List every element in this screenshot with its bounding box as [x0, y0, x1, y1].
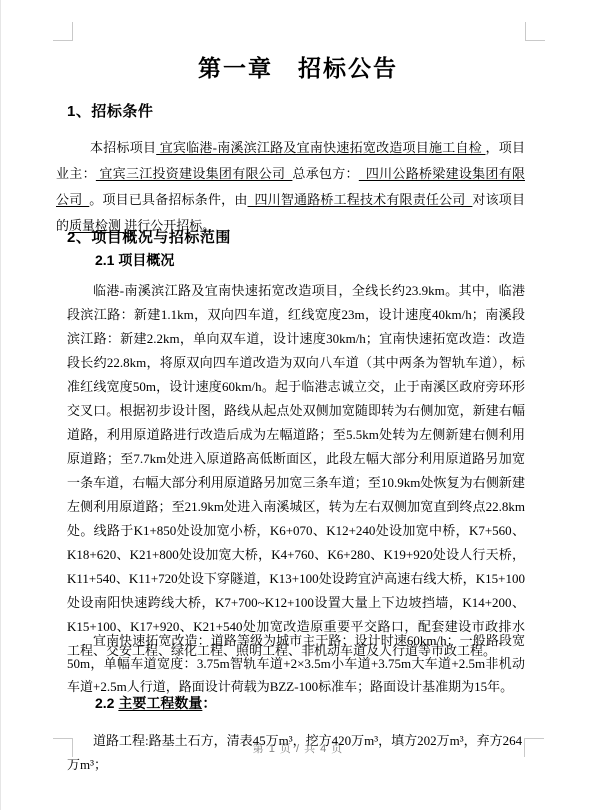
heading-colon: ：: [202, 695, 216, 711]
project-overview-paragraph: 临港-南溪滨江路及宜南快速拓宽改造项目，全线长约23.9km。其中，临港段滨江路…: [67, 279, 525, 663]
tendering-agency-underlined: 四川智通路桥工程技术有限责任公司: [248, 192, 473, 207]
chapter-title: 第一章 招标公告: [0, 50, 596, 83]
project-name-underlined: 宜宾临港-南溪滨江路及宜南快速拓宽改造项目施工自检: [156, 140, 485, 155]
text-boundary-mark-top-left: [53, 22, 73, 41]
tender-conditions-paragraph: 本招标项目 宜宾临港-南溪滨江路及宜南快速拓宽改造项目施工自检 ，项目业主： 宜…: [56, 135, 525, 239]
section2-1-heading: 2.1 项目概况: [95, 250, 174, 270]
section2-heading: 2、项目概况与招标范围: [67, 226, 231, 247]
yinan-expressway-paragraph: 宜南快速拓宽改造：道路等级为城市主干路：设计时速60km/h；一般路段宽50m，…: [67, 629, 525, 698]
section2-2-heading: 2.2 主要工程数量：: [95, 693, 216, 713]
paragraph-text: 总承包方：: [292, 166, 358, 181]
paragraph-text: 。项目已具备招标条件，由: [89, 192, 247, 207]
heading-text-underlined: 主要工程数量: [118, 695, 202, 711]
text-boundary-mark-top-right: [525, 22, 545, 41]
heading-number: 2.2: [95, 695, 118, 711]
section1-heading: 1、招标条件: [67, 100, 153, 121]
paragraph-text: 本招标项目: [90, 140, 156, 155]
project-owner-underlined: 宜宾三江投资建设集团有限公司: [96, 166, 293, 181]
page-number: 第 1 页 / 共 4 页: [0, 740, 596, 756]
document-page: 第一章 招标公告 1、招标条件 本招标项目 宜宾临港-南溪滨江路及宜南快速拓宽改…: [0, 0, 596, 810]
